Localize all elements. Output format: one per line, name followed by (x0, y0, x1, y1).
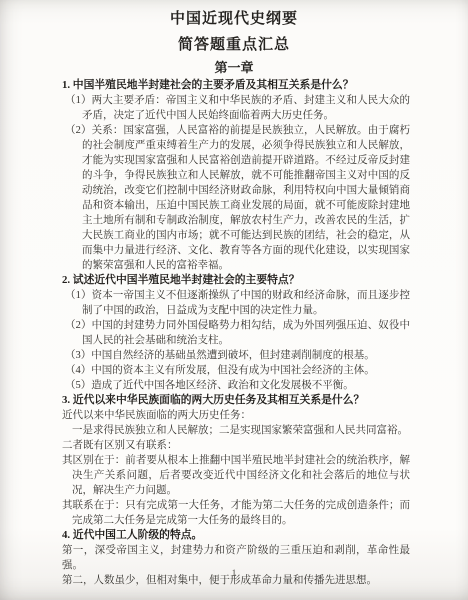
question-4-heading: 4. 近代中国工人阶级的特点。 (62, 528, 410, 543)
document-page: 中国近现代史纲要 简答题重点汇总 第一章 1. 中国半殖民地半封建社会的主要矛盾… (0, 0, 468, 600)
question-1-heading: 1. 中国半殖民地半封建社会的主要矛盾及其相互关系是什么？ (62, 78, 410, 93)
question-3-heading: 3. 近代以来中华民族面临的两大历史任务及其相互关系是什么？ (62, 393, 410, 408)
question-3-answer-tasks: 一是求得民族独立和人民解放；二是实现国家繁荣富强和人民共同富裕。 (72, 423, 410, 438)
document-subtitle: 简答题重点汇总 (0, 36, 468, 54)
chapter-heading: 第一章 (0, 60, 468, 76)
question-2-answer-item-2: （2）中国的封建势力同外国侵略势力相勾结，成为外国列强压迫、奴役中国人民的社会基… (65, 318, 410, 348)
document-title: 中国近现代史纲要 (0, 10, 468, 28)
question-2-heading: 2. 试述近代中国半殖民地半封建社会的主要特点？ (62, 273, 410, 288)
question-2-answer-item-5: （5）造成了近代中国各地区经济、政治和文化发展极不平衡。 (65, 378, 410, 393)
question-2-answer-item-1: （1）资本一帝国主义不但逐渐操纵了中国的财政和经济命脉，而且逐步控制了中国的政治… (65, 288, 410, 318)
question-2-answer-item-4: （4）中国的资本主义有所发展，但没有成为中国社会经济的主体。 (65, 363, 410, 378)
question-3-answer-difference: 其区别在于：前者要从根本上推翻中国半殖民地半封建社会的统治秩序，解决生产关系问题… (62, 453, 410, 498)
question-1-answer-item-2: （2）关系：国家富强，人民富裕的前提是民族独立，人民解放。由于腐朽的社会制度严重… (65, 123, 410, 273)
question-3-answer-connection: 其联系在于：只有完成第一大任务，才能为第二大任务的完成创造条件；而完成第二大任务… (62, 498, 410, 528)
question-2-answer-item-3: （3）中国自然经济的基础虽然遭到破坏，但封建剥削制度的根基。 (65, 348, 410, 363)
question-1-answer-item-1: （1）两大主要矛盾：帝国主义和中华民族的矛盾、封建主义和人民大众的矛盾，决定了近… (65, 93, 410, 123)
question-3-answer-intro: 近代以来中华民族面临的两大历史任务： (62, 408, 410, 423)
page-number: 1 (0, 568, 468, 578)
text-column: 1. 中国半殖民地半封建社会的主要矛盾及其相互关系是什么？ （1）两大主要矛盾：… (62, 78, 410, 588)
question-3-answer-relation-intro: 二者既有区别又有联系： (62, 438, 410, 453)
